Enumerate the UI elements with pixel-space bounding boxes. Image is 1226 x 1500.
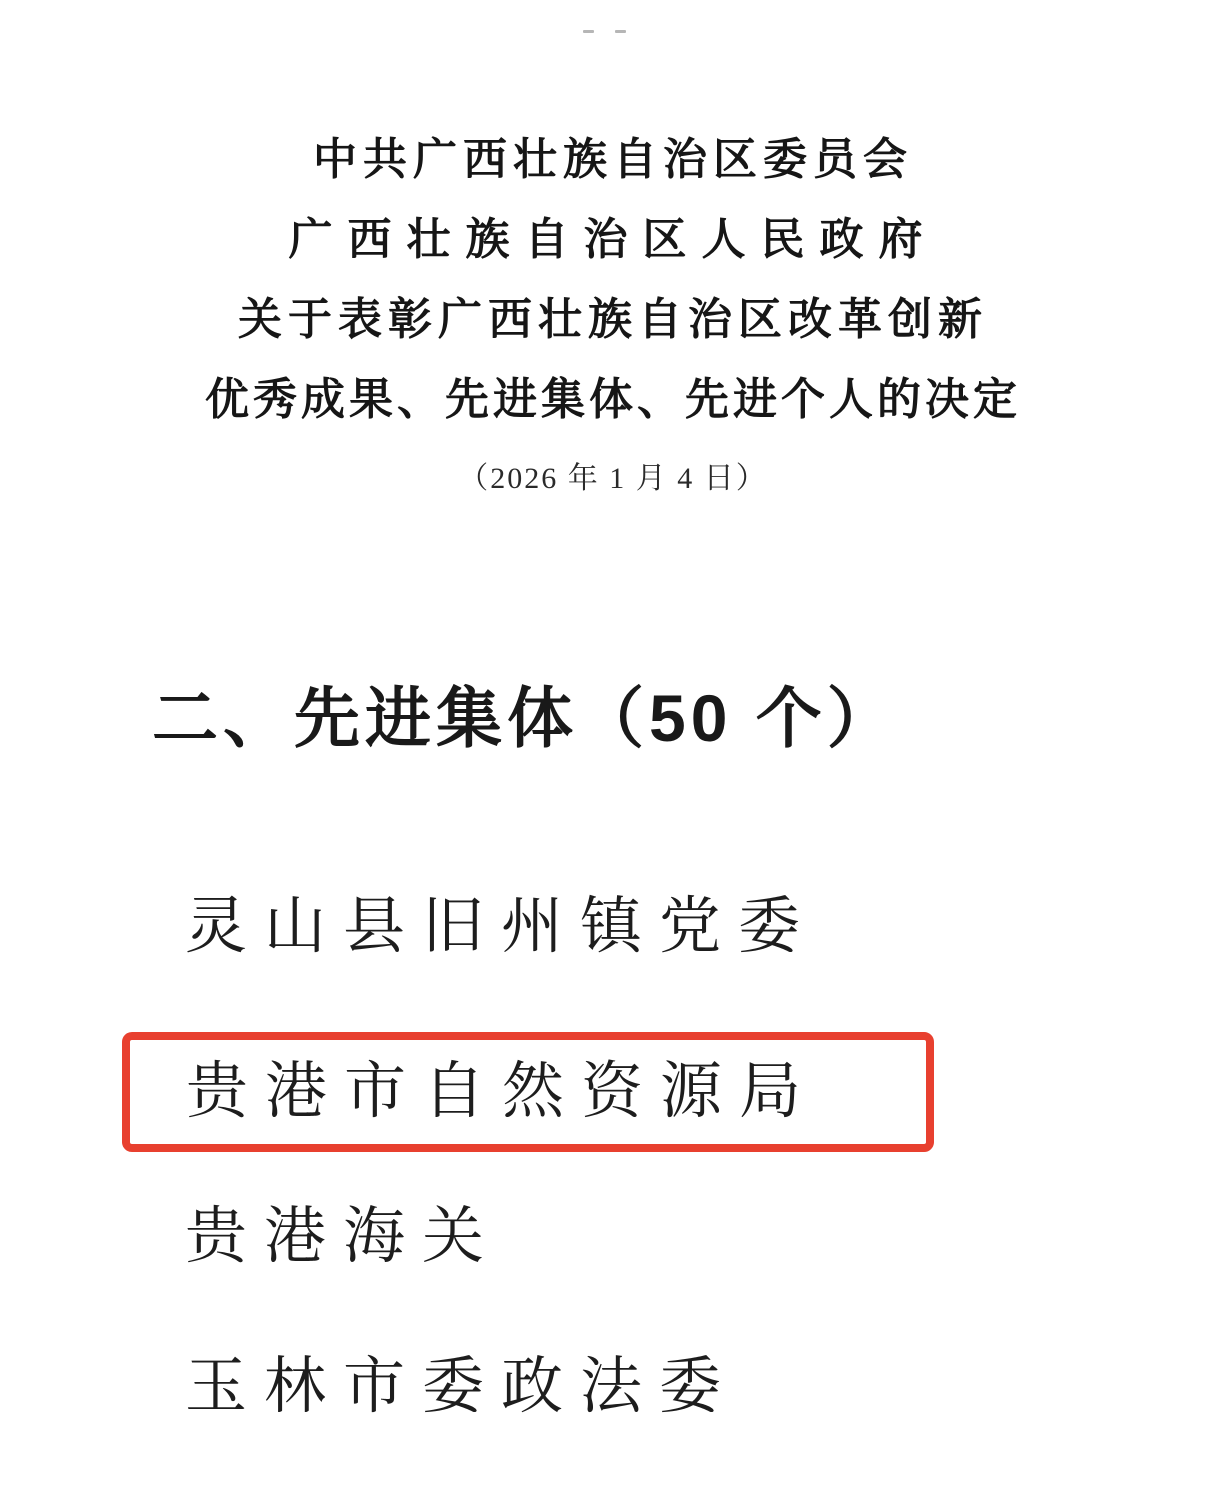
document-header: 中共广西壮族自治区委员会 广西壮族自治区人民政府 关于表彰广西壮族自治区改革创新… <box>0 120 1226 518</box>
list-item: 灵山县旧州镇党委 <box>185 896 817 958</box>
title-line-4: 优秀成果、先进集体、先进个人的决定 <box>0 360 1226 440</box>
title-line-3: 关于表彰广西壮族自治区改革创新 <box>0 280 1226 360</box>
list-item-text: 贵港海关 <box>185 1203 501 1271</box>
document-page: 中共广西壮族自治区委员会 广西壮族自治区人民政府 关于表彰广西壮族自治区改革创新… <box>0 0 1226 1500</box>
list-item-highlighted: 贵港市自然资源局 <box>122 1032 934 1152</box>
list-item-text: 贵港市自然资源局 <box>186 1061 818 1123</box>
title-line-2: 广西壮族自治区人民政府 <box>0 200 1226 280</box>
list-item-text: 灵山县旧州镇党委 <box>185 893 817 961</box>
document-date: （2026 年 1 月 4 日） <box>0 440 1226 518</box>
title-line-1: 中共广西壮族自治区委员会 <box>0 120 1226 200</box>
list-item: 玉林市委政法委 <box>185 1356 738 1418</box>
section-heading: 二、先进集体（50 个） <box>152 665 898 760</box>
list-item: 贵港海关 <box>185 1206 501 1268</box>
list-item-text: 玉林市委政法委 <box>185 1353 738 1421</box>
scan-artifact-marks <box>583 20 647 38</box>
